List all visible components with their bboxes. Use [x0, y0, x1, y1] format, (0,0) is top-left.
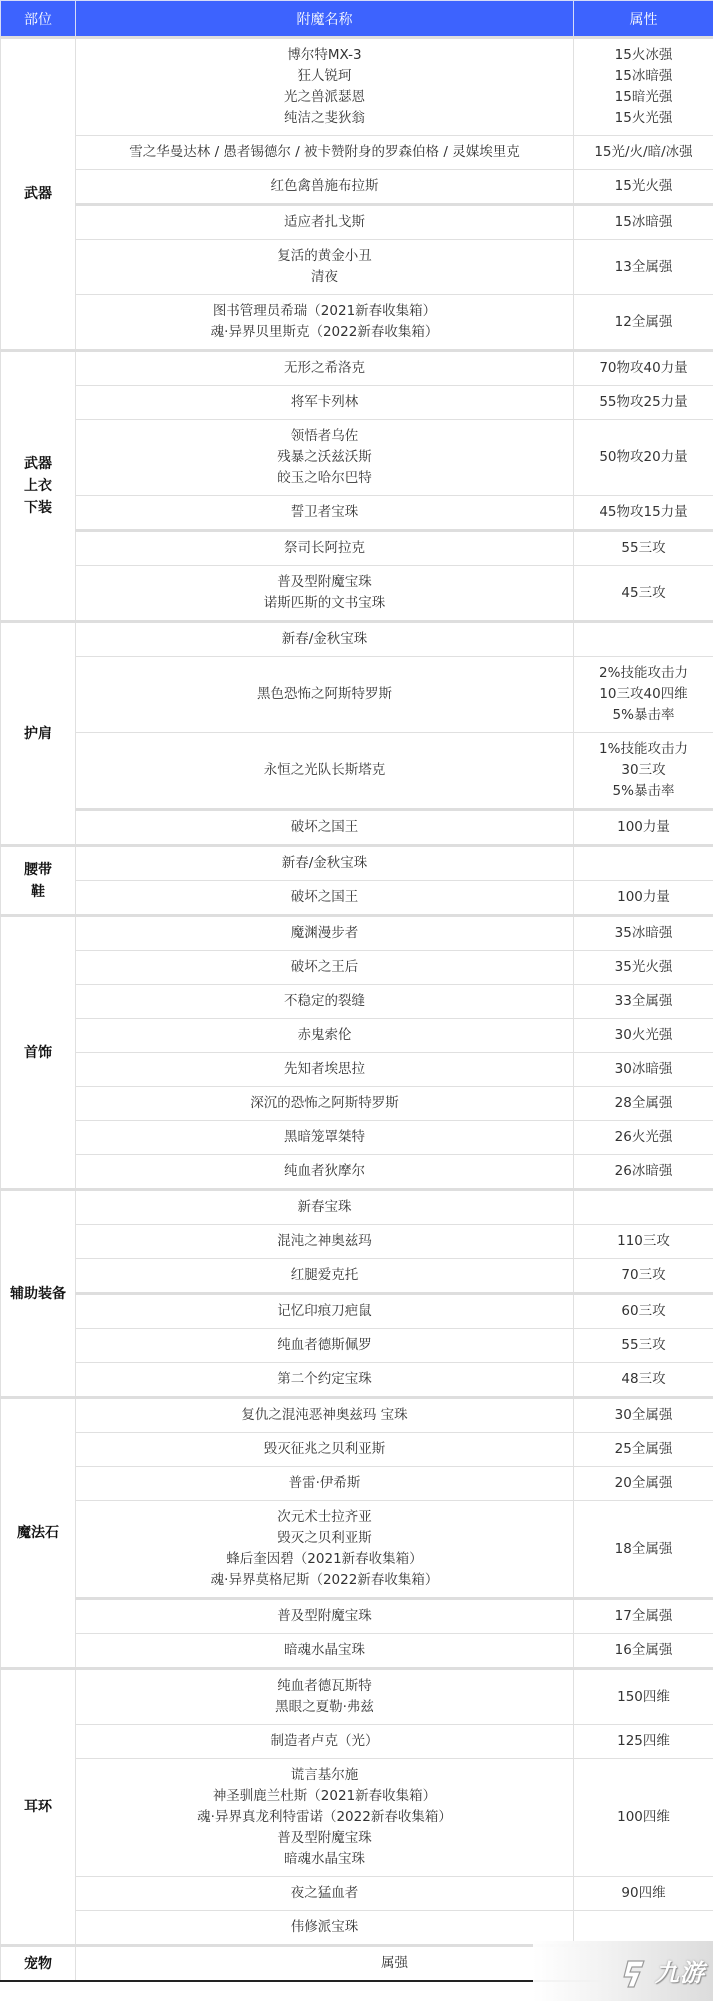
part-label: 首饰	[1, 916, 76, 1190]
table-row: 破坏之王后35光火强	[1, 951, 713, 985]
attribute-cell: 35冰暗强	[574, 916, 713, 951]
watermark-label: 九游	[655, 1959, 705, 1987]
enchant-name: 诺斯匹斯的文书宝珠	[80, 593, 569, 614]
enchant-name: 毁灭之贝利亚斯	[80, 1528, 569, 1549]
attribute-cell: 15光/火/暗/冰强	[574, 136, 713, 170]
enchant-name: 纯血者德瓦斯特	[80, 1676, 569, 1697]
attribute-cell: 50物攻20力量	[574, 420, 713, 496]
attribute-cell: 100力量	[574, 810, 713, 846]
header-attr: 属性	[574, 1, 713, 38]
attribute-value: 50物攻20力量	[578, 447, 709, 468]
attribute-value: 15光/火/暗/冰强	[578, 142, 709, 163]
part-label-line: 下装	[3, 497, 73, 519]
attribute-cell: 30全属强	[574, 1398, 713, 1433]
attribute-value: 60三攻	[578, 1301, 709, 1322]
enchant-name-cell: 新春/金秋宝珠	[76, 846, 574, 881]
enchant-name: 制造者卢克（光）	[80, 1731, 569, 1752]
attribute-value: 100力量	[578, 817, 709, 838]
table-row: 耳环纯血者德瓦斯特黑眼之夏勒·弗兹150四维	[1, 1669, 713, 1725]
part-label-line: 魔法石	[3, 1522, 73, 1544]
enchant-name-cell: 赤鬼索伦	[76, 1019, 574, 1053]
enchant-name-cell: 博尔特MX-3狂人锐珂光之兽派瑟恩纯洁之斐狄翁	[76, 38, 574, 136]
part-label: 武器	[1, 38, 76, 351]
enchant-name: 伟修派宝珠	[80, 1917, 569, 1938]
attribute-cell: 60三攻	[574, 1294, 713, 1329]
attribute-cell: 45物攻15力量	[574, 496, 713, 531]
enchant-name: 破坏之国王	[80, 817, 569, 838]
attribute-value: 30三攻	[578, 760, 709, 781]
attribute-value: 15冰暗强	[578, 66, 709, 87]
attribute-cell: 30火光强	[574, 1019, 713, 1053]
part-label: 耳环	[1, 1669, 76, 1946]
enchant-name: 普及型附魔宝珠	[80, 1606, 569, 1627]
attribute-value: 30火光强	[578, 1025, 709, 1046]
table-row: 暗魂水晶宝珠16全属强	[1, 1634, 713, 1669]
enchant-name-cell: 记忆印痕刀疤鼠	[76, 1294, 574, 1329]
attribute-value: 13全属强	[578, 257, 709, 278]
attribute-value: 100力量	[578, 887, 709, 908]
part-label-line: 耳环	[3, 1796, 73, 1818]
enchant-table: 部位 附魔名称 属性 武器博尔特MX-3狂人锐珂光之兽派瑟恩纯洁之斐狄翁15火冰…	[0, 0, 713, 1982]
header-part: 部位	[1, 1, 76, 38]
enchant-name: 复仇之混沌恶神奥兹玛 宝珠	[80, 1405, 569, 1426]
attribute-value: 10三攻40四维	[578, 684, 709, 705]
attribute-value: 110三攻	[578, 1231, 709, 1252]
attribute-value: 1%技能攻击力	[578, 739, 709, 760]
enchant-name: 纯血者德斯佩罗	[80, 1335, 569, 1356]
enchant-name-cell: 深沉的恐怖之阿斯特罗斯	[76, 1087, 574, 1121]
enchant-name: 博尔特MX-3	[80, 45, 569, 66]
part-label: 辅助装备	[1, 1190, 76, 1398]
enchant-name-cell: 伟修派宝珠	[76, 1911, 574, 1946]
table-row: 永恒之光队长斯塔克1%技能攻击力30三攻5%暴击率	[1, 733, 713, 810]
enchant-name-cell: 夜之猛血者	[76, 1877, 574, 1911]
attribute-value: 30冰暗强	[578, 1059, 709, 1080]
part-label-pet: 宠物	[1, 1946, 76, 1982]
table-row: 红腿爱克托70三攻	[1, 1259, 713, 1294]
enchant-name: 领悟者乌佐	[80, 426, 569, 447]
attribute-cell: 2%技能攻击力10三攻40四维5%暴击率	[574, 657, 713, 733]
enchant-name-cell: 红色禽兽施布拉斯	[76, 170, 574, 205]
enchant-name: 誓卫者宝珠	[80, 502, 569, 523]
part-label: 护肩	[1, 622, 76, 846]
enchant-name-cell: 破坏之国王	[76, 810, 574, 846]
enchant-name: 新春宝珠	[80, 1197, 569, 1218]
attribute-cell: 17全属强	[574, 1599, 713, 1634]
part-label-line: 上衣	[3, 475, 73, 497]
enchant-name: 红腿爱克托	[80, 1265, 569, 1286]
attribute-value: 5%暴击率	[578, 705, 709, 726]
attribute-value: 33全属强	[578, 991, 709, 1012]
attribute-cell: 100力量	[574, 881, 713, 916]
enchant-name: 不稳定的裂缝	[80, 991, 569, 1012]
enchant-name-cell: 魔渊漫步者	[76, 916, 574, 951]
enchant-name: 魂·异界莫格尼斯（2022新春收集箱）	[80, 1570, 569, 1591]
table-row: 黑暗笼罩桀特26火光强	[1, 1121, 713, 1155]
table-row: 第二个约定宝珠48三攻	[1, 1363, 713, 1398]
enchant-name-cell: 第二个约定宝珠	[76, 1363, 574, 1398]
enchant-name: 夜之猛血者	[80, 1883, 569, 1904]
attribute-cell	[574, 622, 713, 657]
attribute-cell: 100四维	[574, 1759, 713, 1877]
enchant-name-cell: 毁灭征兆之贝利亚斯	[76, 1433, 574, 1467]
table-row: 腰带鞋新春/金秋宝珠	[1, 846, 713, 881]
watermark-logo-icon: 九游	[620, 1953, 705, 1989]
enchant-name-cell: 新春宝珠	[76, 1190, 574, 1225]
attribute-cell: 20全属强	[574, 1467, 713, 1501]
attribute-cell: 18全属强	[574, 1501, 713, 1599]
attribute-value: 90四维	[578, 1883, 709, 1904]
attribute-cell	[574, 846, 713, 881]
attribute-value: 25全属强	[578, 1439, 709, 1460]
enchant-name: 祭司长阿拉克	[80, 538, 569, 559]
enchant-name-cell: 纯血者狄摩尔	[76, 1155, 574, 1190]
attribute-cell: 70三攻	[574, 1259, 713, 1294]
enchant-name: 黑色恐怖之阿斯特罗斯	[80, 684, 569, 705]
part-label-line: 武器	[3, 453, 73, 475]
enchant-name-cell: 谎言基尔施神圣驯鹿兰杜斯（2021新春收集箱）魂·异界真龙利特雷诺（2022新春…	[76, 1759, 574, 1877]
attribute-value: 12全属强	[578, 312, 709, 333]
table-row: 制造者卢克（光）125四维	[1, 1725, 713, 1759]
enchant-name: 记忆印痕刀疤鼠	[80, 1301, 569, 1322]
enchant-name-cell: 黑色恐怖之阿斯特罗斯	[76, 657, 574, 733]
table-row: 祭司长阿拉克55三攻	[1, 531, 713, 566]
enchant-name: 第二个约定宝珠	[80, 1369, 569, 1390]
enchant-name-cell: 普及型附魔宝珠	[76, 1599, 574, 1634]
enchant-name-cell: 制造者卢克（光）	[76, 1725, 574, 1759]
part-label-line: 辅助装备	[3, 1283, 73, 1305]
attribute-cell: 55三攻	[574, 531, 713, 566]
enchant-name: 新春/金秋宝珠	[80, 853, 569, 874]
enchant-name: 将军卡列林	[80, 392, 569, 413]
enchant-name: 适应者扎戈斯	[80, 212, 569, 233]
enchant-name: 毁灭征兆之贝利亚斯	[80, 1439, 569, 1460]
attribute-cell: 25全属强	[574, 1433, 713, 1467]
enchant-name: 破坏之国王	[80, 887, 569, 908]
attribute-value: 16全属强	[578, 1640, 709, 1661]
table-row: 复活的黄金小丑清夜13全属强	[1, 240, 713, 295]
attribute-value: 100四维	[578, 1807, 709, 1828]
enchant-name-cell: 次元术士拉齐亚毁灭之贝利亚斯蜂后奎因碧（2021新春收集箱）魂·异界莫格尼斯（2…	[76, 1501, 574, 1599]
attribute-cell: 150四维	[574, 1669, 713, 1725]
enchant-name: 永恒之光队长斯塔克	[80, 760, 569, 781]
enchant-name-cell: 图书管理员希瑞（2021新春收集箱）魂·异界贝里斯克（2022新春收集箱）	[76, 295, 574, 351]
enchant-name-cell: 红腿爱克托	[76, 1259, 574, 1294]
enchant-name-cell: 不稳定的裂缝	[76, 985, 574, 1019]
table-row: 破坏之国王100力量	[1, 881, 713, 916]
enchant-name-cell: 复仇之混沌恶神奥兹玛 宝珠	[76, 1398, 574, 1433]
enchant-name: 纯洁之斐狄翁	[80, 108, 569, 129]
table-row: 普及型附魔宝珠诺斯匹斯的文书宝珠45三攻	[1, 566, 713, 622]
attribute-cell: 26冰暗强	[574, 1155, 713, 1190]
enchant-name: 复活的黄金小丑	[80, 246, 569, 267]
attribute-cell: 16全属强	[574, 1634, 713, 1669]
enchant-name-cell: 破坏之王后	[76, 951, 574, 985]
enchant-name-cell: 永恒之光队长斯塔克	[76, 733, 574, 810]
attribute-value: 55三攻	[578, 538, 709, 559]
enchant-name: 普及型附魔宝珠	[80, 1828, 569, 1849]
attribute-value: 28全属强	[578, 1093, 709, 1114]
enchant-name-cell: 黑暗笼罩桀特	[76, 1121, 574, 1155]
attribute-value: 30全属强	[578, 1405, 709, 1426]
enchant-name-cell: 纯血者德斯佩罗	[76, 1329, 574, 1363]
enchant-name: 皎玉之哈尔巴特	[80, 468, 569, 489]
attribute-cell	[574, 1190, 713, 1225]
table-row: 黑色恐怖之阿斯特罗斯2%技能攻击力10三攻40四维5%暴击率	[1, 657, 713, 733]
table-row: 普雷·伊希斯20全属强	[1, 1467, 713, 1501]
enchant-name: 次元术士拉齐亚	[80, 1507, 569, 1528]
enchant-name-cell: 将军卡列林	[76, 386, 574, 420]
attribute-value: 2%技能攻击力	[578, 663, 709, 684]
attribute-value: 20全属强	[578, 1473, 709, 1494]
table-row: 雪之华曼达林 / 愚者锡德尔 / 被卡赞附身的罗森伯格 / 灵媒埃里克15光/火…	[1, 136, 713, 170]
enchant-name: 光之兽派瑟恩	[80, 87, 569, 108]
enchant-name: 普雷·伊希斯	[80, 1473, 569, 1494]
table-row: 普及型附魔宝珠17全属强	[1, 1599, 713, 1634]
enchant-name: 黑暗笼罩桀特	[80, 1127, 569, 1148]
table-row: 不稳定的裂缝33全属强	[1, 985, 713, 1019]
attribute-value: 26火光强	[578, 1127, 709, 1148]
table-row: 次元术士拉齐亚毁灭之贝利亚斯蜂后奎因碧（2021新春收集箱）魂·异界莫格尼斯（2…	[1, 1501, 713, 1599]
attribute-cell: 55物攻25力量	[574, 386, 713, 420]
table-row: 先知者埃思拉30冰暗强	[1, 1053, 713, 1087]
attribute-value: 15冰暗强	[578, 212, 709, 233]
attribute-cell: 13全属强	[574, 240, 713, 295]
table-row: 辅助装备新春宝珠	[1, 1190, 713, 1225]
enchant-name: 混沌之神奥兹玛	[80, 1231, 569, 1252]
attribute-value: 48三攻	[578, 1369, 709, 1390]
table-body: 武器博尔特MX-3狂人锐珂光之兽派瑟恩纯洁之斐狄翁15火冰强15冰暗强15暗光强…	[1, 38, 713, 1946]
enchant-name: 蜂后奎因碧（2021新春收集箱）	[80, 1549, 569, 1570]
header-name: 附魔名称	[76, 1, 574, 38]
enchant-name: 残暴之沃兹沃斯	[80, 447, 569, 468]
attribute-cell: 30冰暗强	[574, 1053, 713, 1087]
attribute-value: 18全属强	[578, 1539, 709, 1560]
table-row: 纯血者德斯佩罗55三攻	[1, 1329, 713, 1363]
attribute-value: 45物攻15力量	[578, 502, 709, 523]
attribute-value: 17全属强	[578, 1606, 709, 1627]
attribute-value: 55物攻25力量	[578, 392, 709, 413]
table-row: 混沌之神奥兹玛110三攻	[1, 1225, 713, 1259]
table-row: 魔法石复仇之混沌恶神奥兹玛 宝珠30全属强	[1, 1398, 713, 1433]
enchant-name-cell: 新春/金秋宝珠	[76, 622, 574, 657]
enchant-name: 纯血者狄摩尔	[80, 1161, 569, 1182]
enchant-name: 先知者埃思拉	[80, 1059, 569, 1080]
enchant-name: 清夜	[80, 267, 569, 288]
attribute-cell: 15火冰强15冰暗强15暗光强15火光强	[574, 38, 713, 136]
attribute-cell: 33全属强	[574, 985, 713, 1019]
attribute-value: 70物攻40力量	[578, 358, 709, 379]
enchant-name: 魂·异界真龙利特雷诺（2022新春收集箱）	[80, 1807, 569, 1828]
attribute-cell: 28全属强	[574, 1087, 713, 1121]
part-label-line: 武器	[3, 183, 73, 205]
enchant-name-cell: 祭司长阿拉克	[76, 531, 574, 566]
table-row: 赤鬼索伦30火光强	[1, 1019, 713, 1053]
attribute-value: 26冰暗强	[578, 1161, 709, 1182]
enchant-name-cell: 暗魂水晶宝珠	[76, 1634, 574, 1669]
table-row: 护肩新春/金秋宝珠	[1, 622, 713, 657]
enchant-name-cell: 誓卫者宝珠	[76, 496, 574, 531]
attribute-cell: 15冰暗强	[574, 205, 713, 240]
attribute-value: 15火冰强	[578, 45, 709, 66]
attribute-value: 150四维	[578, 1687, 709, 1708]
table-row: 记忆印痕刀疤鼠60三攻	[1, 1294, 713, 1329]
attribute-cell: 90四维	[574, 1877, 713, 1911]
enchant-name-cell: 无形之希洛克	[76, 351, 574, 386]
part-label: 腰带鞋	[1, 846, 76, 916]
enchant-name-cell: 先知者埃思拉	[76, 1053, 574, 1087]
watermark-badge: 九游	[533, 1941, 713, 2001]
enchant-name-cell: 适应者扎戈斯	[76, 205, 574, 240]
enchant-name: 谎言基尔施	[80, 1765, 569, 1786]
attribute-cell: 110三攻	[574, 1225, 713, 1259]
table-row: 夜之猛血者90四维	[1, 1877, 713, 1911]
attribute-value: 5%暴击率	[578, 781, 709, 802]
attribute-cell: 45三攻	[574, 566, 713, 622]
table-row: 红色禽兽施布拉斯15光火强	[1, 170, 713, 205]
table-row: 谎言基尔施神圣驯鹿兰杜斯（2021新春收集箱）魂·异界真龙利特雷诺（2022新春…	[1, 1759, 713, 1877]
enchant-name: 黑眼之夏勒·弗兹	[80, 1697, 569, 1718]
enchant-name-cell: 普及型附魔宝珠诺斯匹斯的文书宝珠	[76, 566, 574, 622]
attribute-value: 35光火强	[578, 957, 709, 978]
part-label: 魔法石	[1, 1398, 76, 1669]
enchant-name: 无形之希洛克	[80, 358, 569, 379]
table-row: 武器博尔特MX-3狂人锐珂光之兽派瑟恩纯洁之斐狄翁15火冰强15冰暗强15暗光强…	[1, 38, 713, 136]
part-label-line: 护肩	[3, 723, 73, 745]
attribute-value: 70三攻	[578, 1265, 709, 1286]
attribute-cell: 48三攻	[574, 1363, 713, 1398]
enchant-name: 暗魂水晶宝珠	[80, 1640, 569, 1661]
enchant-name: 深沉的恐怖之阿斯特罗斯	[80, 1093, 569, 1114]
table-row: 将军卡列林55物攻25力量	[1, 386, 713, 420]
table-row: 深沉的恐怖之阿斯特罗斯28全属强	[1, 1087, 713, 1121]
enchant-name: 破坏之王后	[80, 957, 569, 978]
attribute-value: 45三攻	[578, 583, 709, 604]
enchant-name: 狂人锐珂	[80, 66, 569, 87]
enchant-name-cell: 混沌之神奥兹玛	[76, 1225, 574, 1259]
attribute-value: 15暗光强	[578, 87, 709, 108]
enchant-name-cell: 复活的黄金小丑清夜	[76, 240, 574, 295]
table-row: 纯血者狄摩尔26冰暗强	[1, 1155, 713, 1190]
enchant-name: 新春/金秋宝珠	[80, 629, 569, 650]
table-row: 破坏之国王100力量	[1, 810, 713, 846]
attribute-cell: 70物攻40力量	[574, 351, 713, 386]
attribute-cell: 125四维	[574, 1725, 713, 1759]
attribute-cell: 12全属强	[574, 295, 713, 351]
part-label-line: 首饰	[3, 1042, 73, 1064]
enchant-name: 图书管理员希瑞（2021新春收集箱）	[80, 301, 569, 322]
table-row: 首饰魔渊漫步者35冰暗强	[1, 916, 713, 951]
enchant-name: 魂·异界贝里斯克（2022新春收集箱）	[80, 322, 569, 343]
enchant-name-cell: 雪之华曼达林 / 愚者锡德尔 / 被卡赞附身的罗森伯格 / 灵媒埃里克	[76, 136, 574, 170]
attribute-value: 15光火强	[578, 176, 709, 197]
enchant-name: 暗魂水晶宝珠	[80, 1849, 569, 1870]
part-label-line: 腰带	[3, 859, 73, 881]
table-row: 毁灭征兆之贝利亚斯25全属强	[1, 1433, 713, 1467]
table-row: 图书管理员希瑞（2021新春收集箱）魂·异界贝里斯克（2022新春收集箱）12全…	[1, 295, 713, 351]
enchant-name: 神圣驯鹿兰杜斯（2021新春收集箱）	[80, 1786, 569, 1807]
attribute-cell: 26火光强	[574, 1121, 713, 1155]
table-header: 部位 附魔名称 属性	[1, 1, 713, 38]
attribute-cell: 1%技能攻击力30三攻5%暴击率	[574, 733, 713, 810]
attribute-cell: 35光火强	[574, 951, 713, 985]
enchant-name-cell: 纯血者德瓦斯特黑眼之夏勒·弗兹	[76, 1669, 574, 1725]
part-label: 武器上衣下装	[1, 351, 76, 622]
attribute-value: 125四维	[578, 1731, 709, 1752]
attribute-value: 15火光强	[578, 108, 709, 129]
enchant-name-cell: 破坏之国王	[76, 881, 574, 916]
attribute-value: 55三攻	[578, 1335, 709, 1356]
table-row: 领悟者乌佐残暴之沃兹沃斯皎玉之哈尔巴特50物攻20力量	[1, 420, 713, 496]
table-row: 誓卫者宝珠45物攻15力量	[1, 496, 713, 531]
part-label-line: 鞋	[3, 881, 73, 903]
attribute-cell: 15光火强	[574, 170, 713, 205]
table-row: 适应者扎戈斯15冰暗强	[1, 205, 713, 240]
enchant-name: 红色禽兽施布拉斯	[80, 176, 569, 197]
enchant-name: 雪之华曼达林 / 愚者锡德尔 / 被卡赞附身的罗森伯格 / 灵媒埃里克	[80, 142, 569, 163]
enchant-name-cell: 普雷·伊希斯	[76, 1467, 574, 1501]
attribute-cell: 55三攻	[574, 1329, 713, 1363]
table-row: 武器上衣下装无形之希洛克70物攻40力量	[1, 351, 713, 386]
enchant-name: 魔渊漫步者	[80, 923, 569, 944]
enchant-name-cell: 领悟者乌佐残暴之沃兹沃斯皎玉之哈尔巴特	[76, 420, 574, 496]
enchant-name: 赤鬼索伦	[80, 1025, 569, 1046]
enchant-name: 普及型附魔宝珠	[80, 572, 569, 593]
attribute-value: 35冰暗强	[578, 923, 709, 944]
